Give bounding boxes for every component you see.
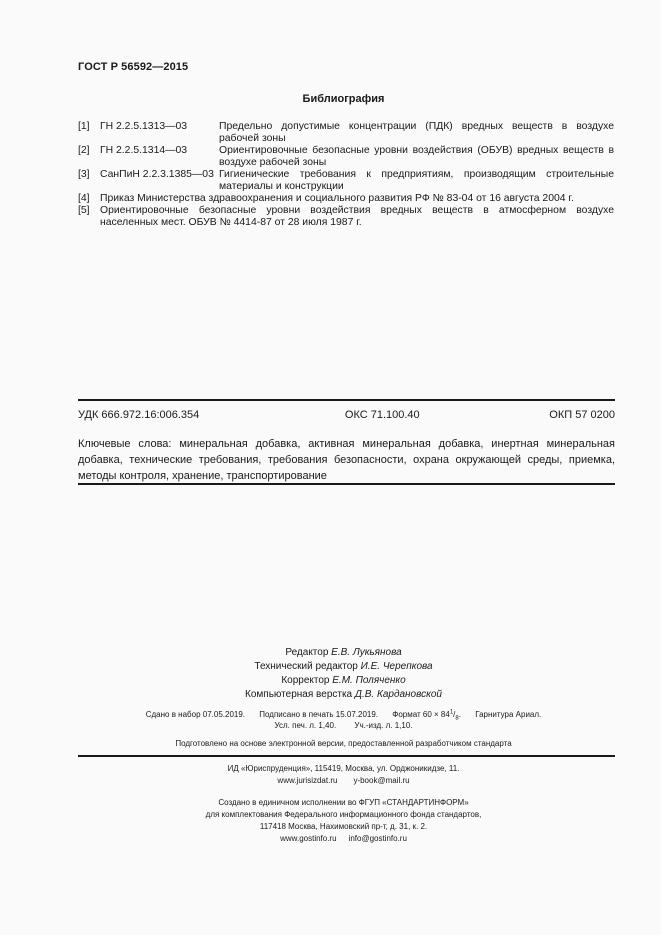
creator-line-3: 117418 Москва, Нахимовский пр-т, д. 31, …	[26, 821, 661, 833]
bibliography-item-code: СанПиН 2.2.3.1385—03	[100, 169, 219, 193]
classification-row: УДК 666.972.16:006.354 ОКС 71.100.40 ОКП…	[78, 409, 615, 421]
bibliography-item-text: Гигиенические требования к предприятиям,…	[219, 169, 614, 193]
creator-info: Создано в единичном исполнении во ФГУП «…	[0, 797, 661, 845]
signed-date: Подписано в печать 15.07.2019.	[259, 710, 378, 719]
okp-code: ОКП 57 0200	[549, 409, 615, 421]
bibliography-item-text: Предельно допустимые концентрации (ПДК) …	[219, 121, 614, 145]
creator-line-2: для комплектования Федерального информац…	[26, 809, 661, 821]
bibliography-item-number: [1]	[78, 121, 100, 145]
bibliography-item-text: Ориентировочные безопасные уровни воздей…	[100, 205, 614, 229]
creator-website[interactable]: www.gostinfo.ru	[280, 834, 336, 843]
divider-top	[78, 399, 615, 401]
print-info-line-1: Сдано в набор 07.05.2019. Подписано в пе…	[0, 709, 661, 721]
bibliography-item: [5] Ориентировочные безопасные уровни во…	[78, 205, 614, 229]
publisher-email[interactable]: y-book@mail.ru	[353, 776, 409, 785]
bibliography-item-number: [5]	[78, 205, 100, 229]
submitted-date: Сдано в набор 07.05.2019.	[146, 710, 245, 719]
credits: Редактор Е.В. Лукьянова Технический реда…	[0, 646, 661, 702]
divider-keywords	[78, 483, 615, 485]
publisher-info: ИД «Юриспруденция», 115419, Москва, ул. …	[0, 763, 661, 787]
document-code: ГОСТ Р 56592—2015	[78, 61, 188, 73]
prepared-note: Подготовлено на основе электронной верси…	[0, 739, 661, 748]
bibliography-item: [3] СанПиН 2.2.3.1385—03 Гигиенические т…	[78, 169, 614, 193]
pub-sheets: Уч.-изд. л. 1,10.	[354, 721, 412, 730]
oks-code: ОКС 71.100.40	[345, 409, 420, 421]
bibliography-item-text: Приказ Министерства здравоохранения и со…	[100, 193, 614, 205]
credit-proofreader: Корректор Е.М. Поляченко	[26, 674, 661, 688]
print-info-line-2: Усл. печ. л. 1,40. Уч.-изд. л. 1,10.	[0, 721, 661, 730]
format: Формат 60 × 841/8.	[392, 710, 461, 719]
udk-code: УДК 666.972.16:006.354	[78, 409, 199, 421]
bibliography-item-code: ГН 2.2.5.1313—03	[100, 121, 219, 145]
credit-editor: Редактор Е.В. Лукьянова	[26, 646, 661, 660]
publisher-website[interactable]: www.jurisizdat.ru	[277, 776, 337, 785]
creator-line-1: Создано в единичном исполнении во ФГУП «…	[26, 797, 661, 809]
bibliography-item: [2] ГН 2.2.5.1314—03 Ориентировочные без…	[78, 145, 614, 169]
credit-tech-editor: Технический редактор И.Е. Черепкова	[26, 660, 661, 674]
bibliography-item-number: [2]	[78, 145, 100, 169]
credit-layout: Компьютерная верстка Д.В. Кардановской	[26, 688, 661, 702]
divider-bottom	[78, 755, 615, 757]
bibliography-item-number: [3]	[78, 169, 100, 193]
bibliography-list: [1] ГН 2.2.5.1313—03 Предельно допустимы…	[78, 121, 614, 229]
typeface: Гарнитура Ариал.	[475, 710, 541, 719]
bibliography-item-number: [4]	[78, 193, 100, 205]
bibliography-item: [4] Приказ Министерства здравоохранения …	[78, 193, 614, 205]
bibliography-item-text: Ориентировочные безопасные уровни воздей…	[219, 145, 614, 169]
bibliography-item-code: ГН 2.2.5.1314—03	[100, 145, 219, 169]
publisher-contacts: www.jurisizdat.ruy-book@mail.ru	[26, 775, 661, 787]
publisher-address: ИД «Юриспруденция», 115419, Москва, ул. …	[26, 763, 661, 775]
bibliography-title: Библиография	[0, 93, 661, 105]
creator-email[interactable]: info@gostinfo.ru	[349, 834, 407, 843]
bibliography-item: [1] ГН 2.2.5.1313—03 Предельно допустимы…	[78, 121, 614, 145]
creator-contacts: www.gostinfo.ruinfo@gostinfo.ru	[26, 833, 661, 845]
keywords: Ключевые слова: минеральная добавка, акт…	[78, 436, 615, 484]
print-sheets: Усл. печ. л. 1,40.	[274, 721, 336, 730]
